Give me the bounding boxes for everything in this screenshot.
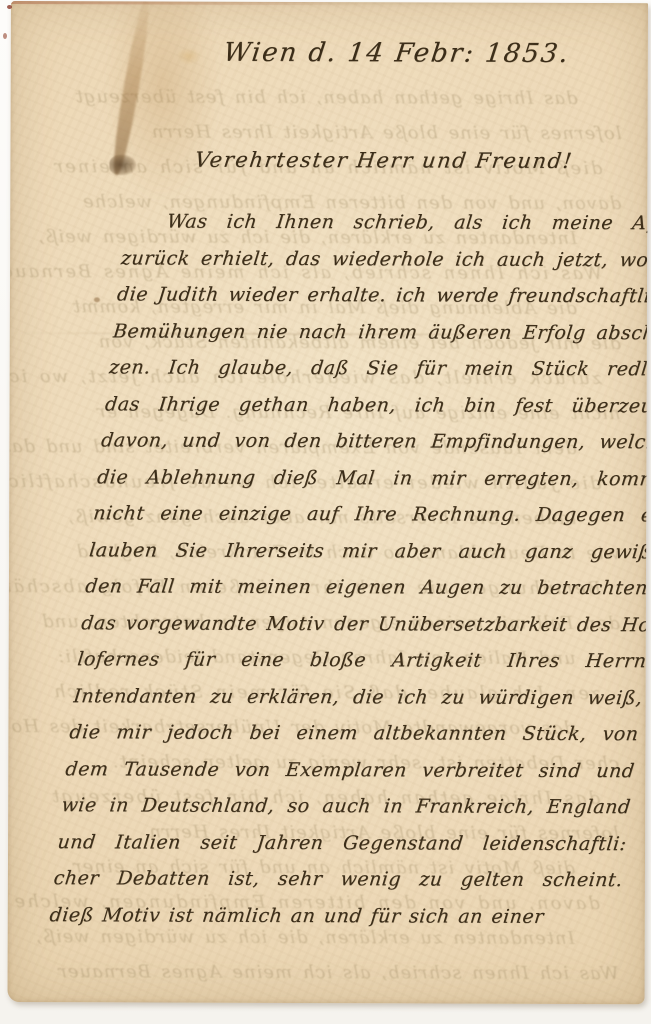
dateline: Wien d. 14 Febr: 1853. [222,38,572,69]
letter-line: lofernes für eine bloße Artigkeit Ihres … [75,641,648,679]
yellow-stain-spot [177,48,201,65]
letter-line: lauben Sie Ihrerseits mir aber auch ganz… [87,532,648,570]
letter-line: die mir jedoch bei einem altbekannten St… [68,714,641,752]
stain-blob [109,154,136,175]
paper-speck [94,297,100,302]
letter-line: Intendanten zu erklären, die ich zu würd… [72,678,645,716]
letter-line: nicht eine einzige auf Ihre Rechnung. Da… [91,495,648,533]
letter-page: das Ihrige gethan haben, ich bin fest üb… [8,1,648,1004]
bleed-through-line: lofernes für eine bloße Artigkeit Ihres … [10,114,647,151]
letter-line: und Italien seit Jahren Gegenstand leide… [56,824,629,862]
letter-line: das vorgewandte Motiv der Unübersetzbark… [79,605,648,643]
edge-speck [3,33,7,39]
letter-line: dieß Motiv ist nämlich an und für sich a… [48,897,621,935]
letter-line: zen. Ich glaube, daß Sie für mein Stück … [107,349,648,387]
salutation: Verehrtester Herr und Freund! [193,148,574,173]
bleed-through-line: das Ihrige gethan haben, ich bin fest üb… [11,79,648,116]
letter-line: davon, und von den bitteren Empfindungen… [99,422,648,460]
letter-line: cher Debatten ist, sehr wenig zu gelten … [52,860,625,898]
letter-line: den Fall mit meinen eigenen Augen zu bet… [83,568,648,606]
letter-line: die Ablehnung dieß Mal in mir erregten, … [95,459,648,497]
letter-line: Bemühungen nie nach ihrem äußeren Erfolg… [111,313,648,351]
letter-line: zurück erhielt, das wiederhole ich auch … [119,240,648,278]
letter-body: Was ich Ihnen schrieb, als ich meine Agn… [48,203,648,935]
scan-background: das Ihrige gethan haben, ich bin fest üb… [0,0,651,1024]
letter-line: die Judith wieder erhalte. ich werde fre… [115,276,648,314]
letter-line: wie in Deutschland, so auch in Frankreic… [60,787,633,825]
letter-line: das Ihrige gethan haben, ich bin fest üb… [103,386,648,424]
bleed-through-line: Was ich Ihnen schrieb, als ich meine Agn… [8,954,645,991]
letter-line: dem Tausende von Exemplaren verbreitet s… [64,751,637,789]
letter-line: Was ich Ihnen schrieb, als ich meine Agn… [123,203,648,241]
water-stain-wash [102,1,223,206]
water-stain-streak [108,1,155,176]
